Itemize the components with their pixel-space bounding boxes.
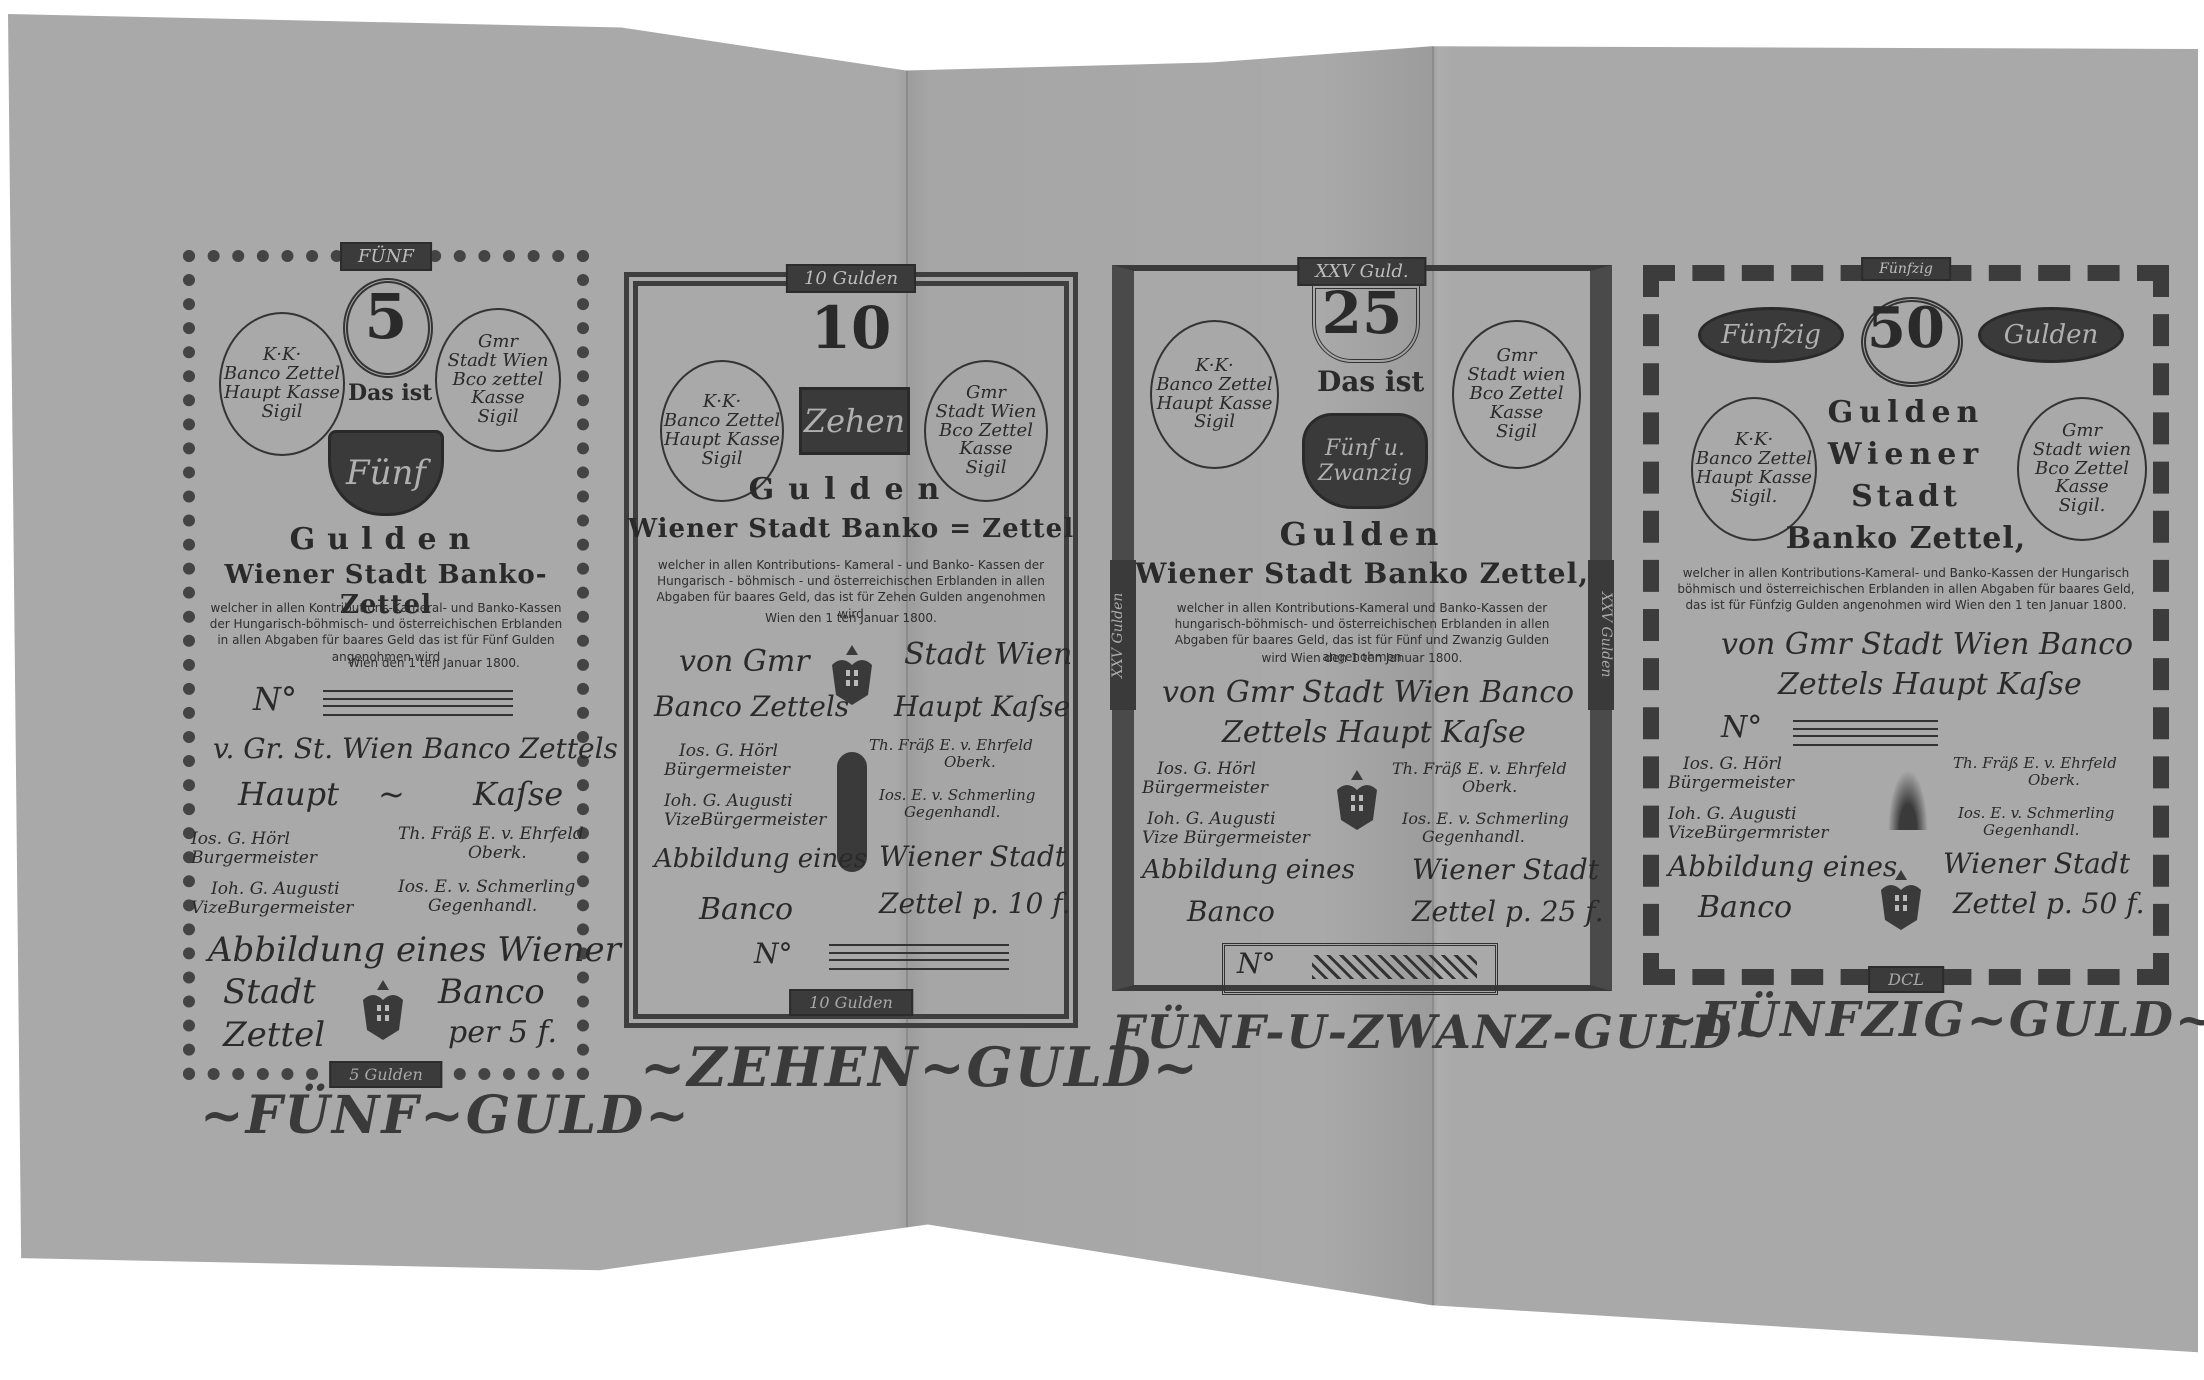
abbildung-line: Abbildung eines Wiener <box>208 930 621 970</box>
stadt-heading: Stadt <box>1643 479 2169 514</box>
abbildung-right: Wiener Stadt <box>879 840 1066 873</box>
issuer-haupt: Haupt <box>238 775 339 813</box>
banko-zettel-heading: Wiener Stadt Banko = Zettel <box>624 514 1078 544</box>
side-label-right: XXV Gulden <box>1588 560 1614 710</box>
double-eagle-icon <box>822 640 882 710</box>
abbildung-right: Wiener Stadt <box>1412 853 1599 886</box>
signature-augusti: Ioh. G. AugustiVizeBürgermeister <box>664 792 826 829</box>
abbildung-zettel: Zettel <box>223 1015 325 1055</box>
issuer-von-gmr: von Gmr <box>679 644 810 679</box>
signature-augusti: Ioh. G. AugustiVize Bürgermeister <box>1142 810 1310 847</box>
abbildung-banco: Banco <box>438 972 545 1012</box>
gulden-heading: Gulden <box>1112 515 1612 553</box>
legal-text: welcher in allen Kontributions-Kameral- … <box>1667 565 2145 614</box>
abbildung-left: Abbildung eines <box>654 844 867 874</box>
word-cartouche: Fünf u. Zwanzig <box>1302 413 1428 509</box>
plant-ornament-icon <box>1888 770 1928 830</box>
issue-date: Wien den 1 ten Januar 1800. <box>303 655 565 671</box>
gulden-heading: Gulden <box>1643 395 2169 430</box>
das-ist-label: Das ist <box>1317 365 1424 398</box>
serial-number-label: N° <box>253 680 297 718</box>
signature-schmerling: Ios. E. v. SchmerlingGegenhandl. <box>1402 810 1569 845</box>
abbildung-banco: Banco <box>1187 895 1275 928</box>
signature-augusti: Ioh. G. AugustiVizeBurgermeister <box>191 880 353 917</box>
top-label: Fünfzig <box>1861 257 1951 281</box>
double-eagle-icon <box>353 975 413 1045</box>
signature-hoerl: Ios. G. HörlBurgermeister <box>191 830 317 867</box>
abbildung-left: Abbildung eines <box>1668 850 1897 883</box>
issuer-banco-zettels: Banco Zettels <box>654 690 849 723</box>
issuer-line: v. Gr. St. Wien Banco Zettels <box>213 732 618 765</box>
abbildung-left: Abbildung eines <box>1142 855 1355 885</box>
bottom-label: DCL <box>1868 966 1944 993</box>
side-label-left: XXV Gulden <box>1110 560 1136 710</box>
gulden-heading: Gulden <box>624 472 1078 507</box>
top-label: FÜNF <box>340 242 432 271</box>
fuenfzig-cartouche: Fünfzig <box>1698 307 1844 363</box>
signature-schmerling: Ios. E. v. SchmerlingGegenhandl. <box>398 878 575 915</box>
serial-number-label: N° <box>1721 710 1762 745</box>
signature-hoerl: Ios. G. HörlBürgermeister <box>664 742 790 779</box>
signature-schmerling: Ios. E. v. SchmerlingGegenhandl. <box>1958 805 2114 838</box>
signature-schmerling: Ios. E. v. SchmerlingGegenhandl. <box>879 787 1035 820</box>
signature-fraess: Th. Fräß E. v. EhrfeldOberk. <box>1392 760 1567 795</box>
issuer-stadt-wien: Stadt Wien <box>904 637 1072 672</box>
banknote-10-gulden: 10 Gulden 10 K·K· Banco Zettel Haupt Kas… <box>624 272 1078 1028</box>
denomination-numeral: 10 <box>811 294 892 362</box>
double-eagle-icon <box>1871 865 1931 935</box>
abbildung-value: Zettel p. 10 f. <box>879 887 1070 920</box>
top-label: 10 Gulden <box>786 264 916 293</box>
signature-fraess: Th. Fräß E. v. EhrfeldOberk. <box>869 737 1033 770</box>
gulden-cartouche: Gulden <box>1978 307 2124 363</box>
issue-date: wird Wien den 1 ten Januar 1800. <box>1154 650 1570 666</box>
note-title-50: ~FÜNFZIG~GULD~ <box>1658 992 2204 1048</box>
banko-zettel-heading: Wiener Stadt Banko Zettel, <box>1112 557 1612 590</box>
signature-hoerl: Ios. G. HörlBürgermeister <box>1668 755 1794 792</box>
abbildung-value: Zettel p. 25 f. <box>1412 895 1603 928</box>
signature-hoerl: Ios. G. HörlBürgermeister <box>1142 760 1268 797</box>
serial-number-label: N° <box>1237 947 1276 980</box>
bottom-label: 5 Gulden <box>329 1061 442 1088</box>
das-ist-label: Das ist <box>348 380 432 406</box>
denomination-numeral: 5 <box>364 280 407 353</box>
right-seal: Gmr Stadt Wien Bco zettel Kasse Sigil <box>435 308 561 452</box>
issuer-line-2: Zettels Haupt Kaſse <box>1778 667 2082 702</box>
left-seal: K·K· Banco Zettel Haupt Kasse Sigil <box>1150 320 1279 469</box>
abbildung-banco: Banco <box>1698 890 1792 925</box>
serial-number-lines <box>1793 720 1938 746</box>
issuer-line-2: Zettels Haupt Kaſse <box>1222 715 1526 750</box>
signature-fraess: Th. Fräß E. v. EhrfeldOberk. <box>398 825 584 862</box>
banknote-5-gulden: FÜNF 5 K·K· Banco Zettel Haupt Kasse Sig… <box>183 250 589 1080</box>
bottom-label: 10 Gulden <box>789 989 913 1016</box>
signature-augusti: Ioh. G. AugustiVizeBürgermrister <box>1668 805 1829 842</box>
abbildung-value: per 5 f. <box>448 1015 557 1050</box>
serial-number-hatching <box>1312 955 1477 979</box>
right-seal: Gmr Stadt wien Bco Zettel Kasse Sigil <box>1452 320 1581 469</box>
left-seal: K·K· Banco Zettel Haupt Kasse Sigil <box>219 312 345 456</box>
denomination-numeral: 25 <box>1322 279 1403 347</box>
word-cartouche: Zehen <box>799 387 910 455</box>
banko-zettel-heading: Banko Zettel, <box>1643 521 2169 556</box>
banknote-50-gulden: Fünfzig Fünfzig 50 Gulden K·K· Banco Zet… <box>1643 265 2169 985</box>
issuer-kasse: Kaſse <box>473 775 563 813</box>
issue-date: Wien den 1 ten Januar 1800. <box>652 610 1050 626</box>
abbildung-banco: Banco <box>699 892 793 927</box>
note-title-5: ~FÜNF~GULD~ <box>200 1085 691 1146</box>
abbildung-value: Zettel p. 50 f. <box>1953 887 2144 920</box>
serial-number-lines <box>323 690 513 716</box>
abbildung-right: Wiener Stadt <box>1943 847 2130 880</box>
issuer-line-1: von Gmr Stadt Wien Banco <box>1162 675 1574 710</box>
issuer-line-1: von Gmr Stadt Wien Banco <box>1721 627 2133 662</box>
double-eagle-icon <box>1327 765 1387 835</box>
serial-number-lines <box>829 944 1009 970</box>
issuer-tilde: ~ <box>378 775 405 813</box>
denomination-numeral: 50 <box>1867 295 1945 361</box>
wiener-heading: Wiener <box>1643 437 2169 472</box>
gulden-heading: Gulden <box>183 522 589 557</box>
issuer-haupt-kasse: Haupt Kaſse <box>894 690 1070 723</box>
abbildung-stadt: Stadt <box>223 972 316 1012</box>
serial-number-label: N° <box>754 937 793 970</box>
signature-fraess: Th. Fräß E. v. EhrfeldOberk. <box>1953 755 2117 788</box>
banknote-25-gulden: XXV Guld. 25 Das ist K·K· Banco Zettel H… <box>1112 265 1612 991</box>
